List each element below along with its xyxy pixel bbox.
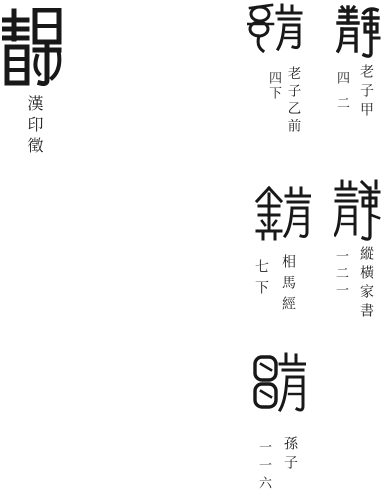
seal-glyph-jing [2, 8, 62, 86]
page-ref-label: 四下 [267, 71, 280, 101]
brush-glyph-qing-xiangma [254, 186, 311, 244]
page-ref-label: 一一六 [257, 440, 270, 494]
brush-glyph-jing-sunzi [250, 352, 306, 415]
page-ref-label: 四二 [335, 71, 348, 121]
brush-glyph-jing-zongheng [334, 179, 381, 242]
brush-glyph-jing-laozi-jia [336, 5, 382, 59]
source-label: 漢印徵 [26, 95, 42, 158]
source-label: 縱橫家書 [359, 246, 373, 322]
source-label: 孫子 [283, 436, 297, 474]
page-ref-label: 七下 [254, 259, 268, 301]
source-label: 相馬經 [281, 254, 295, 317]
brush-glyph-jing-laozi-yi [247, 3, 303, 53]
dictionary-page: 漢印徵 老子甲 四二 [0, 0, 391, 495]
page-ref-label: 一二一 [334, 249, 347, 300]
source-label: 老子乙前 [285, 66, 299, 136]
source-label: 老子甲 [359, 64, 373, 121]
